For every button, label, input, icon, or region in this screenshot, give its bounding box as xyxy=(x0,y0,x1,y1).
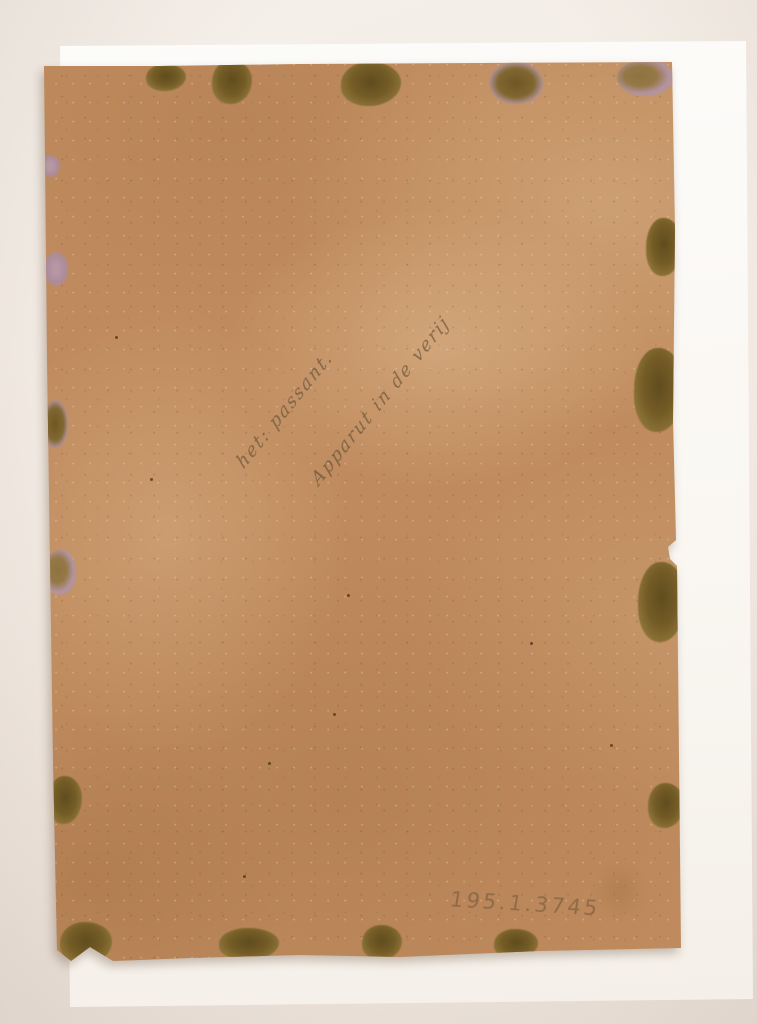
paper-verso: het: passant. Apparut in de verij 195.1.… xyxy=(0,0,757,1024)
adhesive-spot xyxy=(60,922,112,964)
paper-fleck xyxy=(347,594,350,597)
adhesive-spot xyxy=(44,252,68,286)
adhesive-spot xyxy=(634,348,684,432)
adhesive-spot xyxy=(494,929,538,959)
adhesive-spot xyxy=(40,155,60,177)
paper-fleck xyxy=(268,762,271,765)
paper-fleck xyxy=(243,875,246,878)
adhesive-spot xyxy=(44,550,76,595)
adhesive-spot xyxy=(617,60,673,96)
adhesive-spot xyxy=(638,562,686,642)
paper-fleck xyxy=(333,713,336,716)
paper-shadow-wrap: het: passant. Apparut in de verij 195.1.… xyxy=(0,0,757,1024)
adhesive-spot xyxy=(42,400,68,448)
adhesive-spot xyxy=(592,862,648,920)
paper-fleck xyxy=(610,744,613,747)
paper-fleck xyxy=(530,642,533,645)
adhesive-spot xyxy=(489,62,543,104)
paper-fleck xyxy=(115,336,118,339)
adhesive-spot xyxy=(646,218,682,276)
photo-stage: het: passant. Apparut in de verij 195.1.… xyxy=(0,0,757,1024)
paper-fleck xyxy=(150,478,153,481)
